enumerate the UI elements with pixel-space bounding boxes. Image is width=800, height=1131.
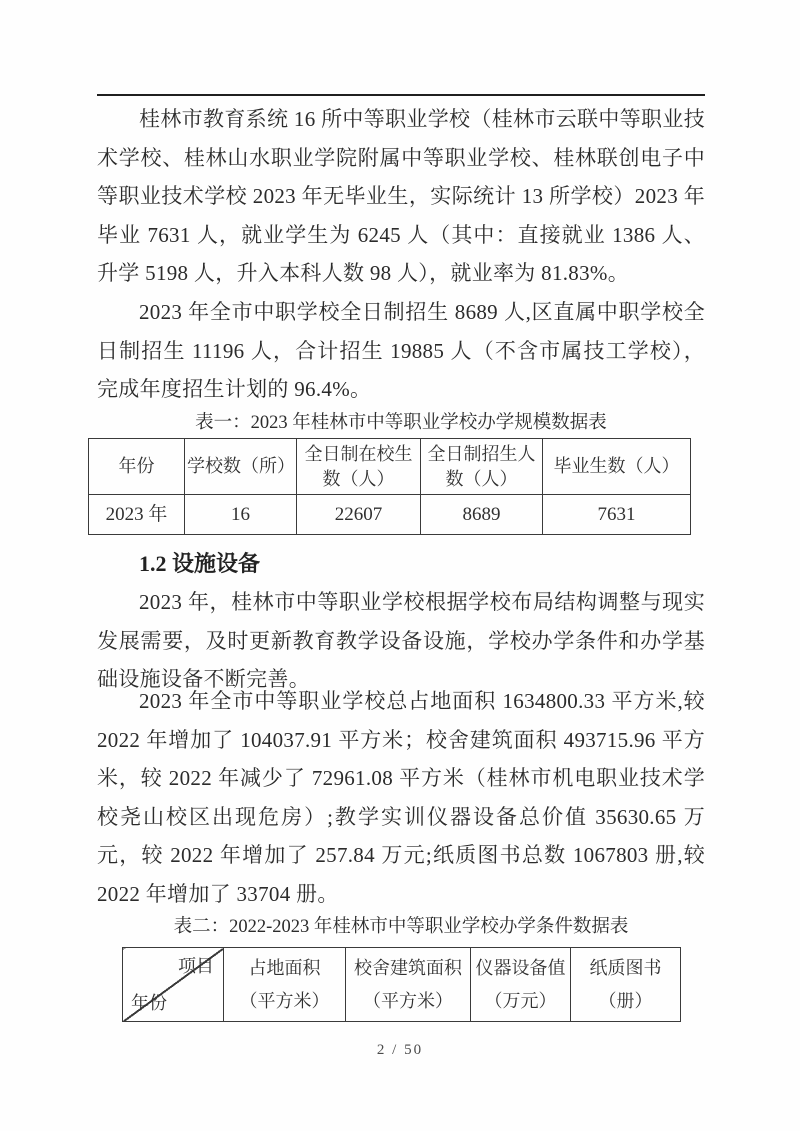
table2-header-land-area-unit: （平方米）: [226, 985, 343, 1018]
table2-header-paper-books-title: 纸质图书: [573, 952, 678, 985]
table1-caption: 表一：2023 年桂林市中等职业学校办学规模数据表: [97, 410, 705, 436]
table1-data-row-2023: 2023 年 16 22607 8689 7631: [89, 495, 691, 535]
table1-school-scale: 年份 学校数（所） 全日制在校生数（人） 全日制招生人数（人） 毕业生数（人） …: [88, 438, 691, 535]
table1-header-year: 年份: [89, 439, 185, 495]
document-page: 桂林市教育系统 16 所中等职业学校（桂林市云联中等职业技术学校、桂林山水职业学…: [0, 0, 800, 1131]
table1-header-row: 年份 学校数（所） 全日制在校生数（人） 全日制招生人数（人） 毕业生数（人）: [89, 439, 691, 495]
table2-header-equipment-value-title: 仪器设备值: [473, 952, 568, 985]
table1-header-school-count: 学校数（所）: [185, 439, 297, 495]
table2-header-equipment-value-unit: （万元）: [473, 985, 568, 1018]
table2-header-row: 项目 年份 占地面积 （平方米） 校舍建筑面积 （平方米） 仪器设备值 （万元）…: [123, 948, 681, 1022]
table2-header-building-area: 校舍建筑面积 （平方米）: [346, 948, 471, 1022]
table2-header-paper-books: 纸质图书 （册）: [571, 948, 681, 1022]
table1-header-fulltime-enrollment: 全日制招生人数（人）: [421, 439, 543, 495]
table1-cell-year: 2023 年: [89, 495, 185, 535]
table2-diagonal-header-cell: 项目 年份: [123, 948, 224, 1022]
paragraph-graduate-employment: 桂林市教育系统 16 所中等职业学校（桂林市云联中等职业技术学校、桂林山水职业学…: [97, 100, 705, 293]
table2-caption: 表二：2022-2023 年桂林市中等职业学校办学条件数据表: [97, 914, 705, 940]
table1-cell-school-count: 16: [185, 495, 297, 535]
table1-header-graduates: 毕业生数（人）: [543, 439, 691, 495]
table1-cell-graduates: 7631: [543, 495, 691, 535]
table2-header-land-area-title: 占地面积: [226, 952, 343, 985]
table2-header-building-area-title: 校舍建筑面积: [348, 952, 468, 985]
table1-cell-fulltime-enrollment: 8689: [421, 495, 543, 535]
section-heading-facilities: 1.2 设施设备: [139, 544, 260, 584]
table2-header-equipment-value: 仪器设备值 （万元）: [471, 948, 571, 1022]
table2-school-conditions: 项目 年份 占地面积 （平方米） 校舍建筑面积 （平方米） 仪器设备值 （万元）…: [122, 947, 681, 1022]
table1-cell-fulltime-students: 22607: [297, 495, 421, 535]
table2-header-land-area: 占地面积 （平方米）: [224, 948, 346, 1022]
table1-header-fulltime-students: 全日制在校生数（人）: [297, 439, 421, 495]
paragraph-facilities-statistics: 2023 年全市中等职业学校总占地面积 1634800.33 平方米,较 202…: [97, 682, 705, 913]
paragraph-enrollment: 2023 年全市中职学校全日制招生 8689 人,区直属中职学校全日制招生 11…: [97, 293, 705, 409]
table2-diagonal-label-year: 年份: [131, 992, 167, 1014]
page-number: 2 / 50: [0, 1042, 800, 1059]
table2-diagonal-label-item: 项目: [178, 955, 214, 977]
table2-header-paper-books-unit: （册）: [573, 985, 678, 1018]
table2-header-building-area-unit: （平方米）: [348, 985, 468, 1018]
header-separator-line: [97, 94, 705, 96]
